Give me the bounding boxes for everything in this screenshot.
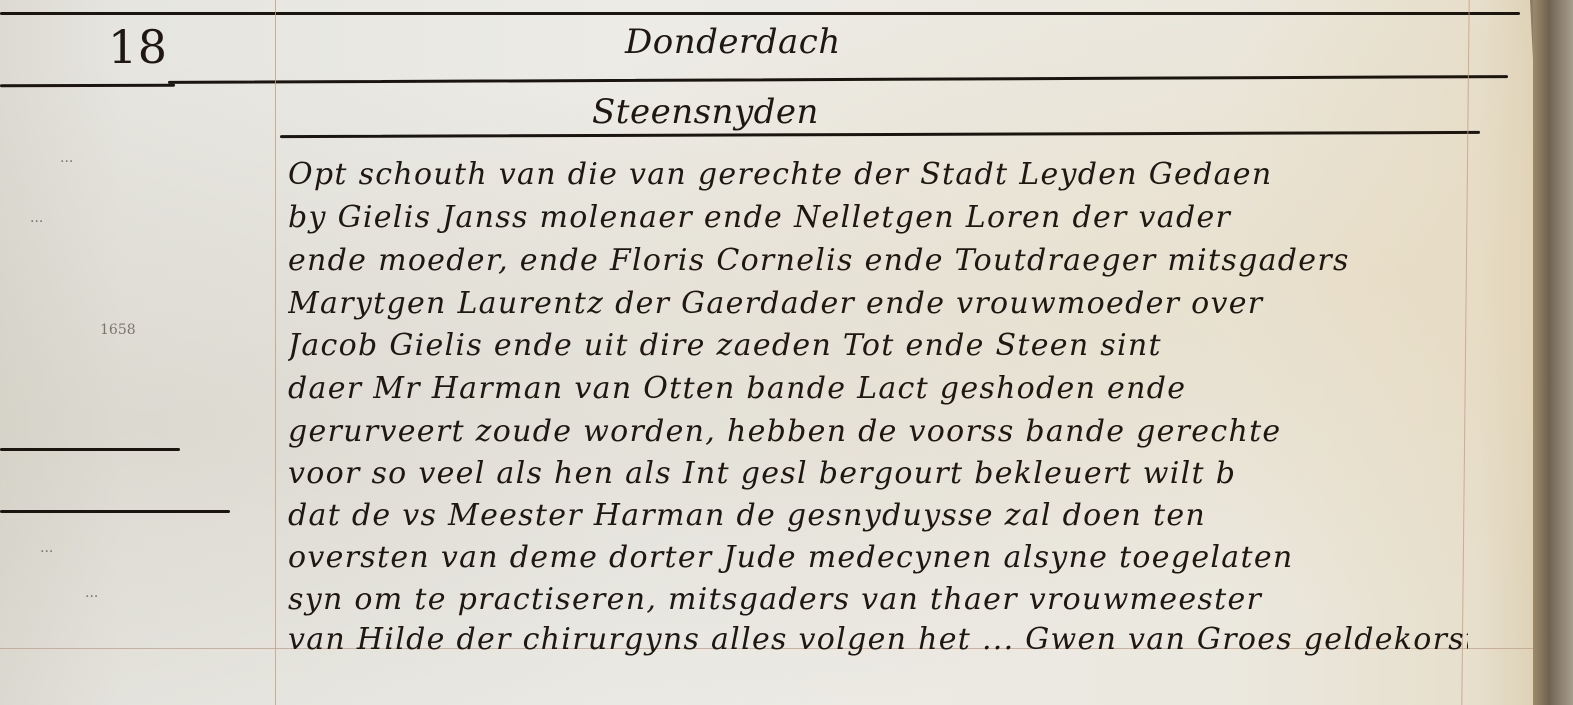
top-rule (0, 12, 1520, 15)
header-rule (168, 75, 1508, 84)
body-line-5: Jacob Gielis ende uit dire zaeden Tot en… (288, 328, 1468, 363)
margin-annotation: ... (40, 540, 53, 556)
header-left-rule (0, 84, 175, 88)
margin-guide-left (275, 0, 276, 705)
margin-annotation: 1658 (100, 322, 136, 338)
margin-annotation: ... (85, 585, 98, 601)
date-number: 18 (108, 20, 168, 74)
body-line-9: dat de vs Meester Harman de gesnyduysse … (288, 498, 1468, 533)
body-line-12: van Hilde der chirurgyns alles volgen he… (288, 622, 1468, 657)
manuscript-page: 18 Donderdach Steensnyden Opt schouth va… (0, 0, 1540, 705)
body-line-11: syn om te practiseren, mitsgaders van th… (288, 582, 1468, 617)
body-line-7: gerurveert zoude worden, hebben de voors… (288, 414, 1468, 449)
section-heading: Steensnyden (592, 92, 819, 132)
body-line-3: ende moeder, ende Floris Cornelis ende T… (288, 243, 1468, 278)
body-line-4: Marytgen Laurentz der Gaerdader ende vro… (288, 286, 1468, 321)
body-line-8: voor so veel als hen als Int gesl bergou… (288, 456, 1468, 491)
body-line-10: oversten van deme dorter Jude medecynen … (288, 540, 1468, 575)
body-line-6: daer Mr Harman van Otten bande Lact gesh… (288, 371, 1468, 406)
margin-annotation: ... (60, 150, 73, 166)
weekday-label: Donderdach (625, 22, 841, 62)
margin-rule-2 (0, 510, 230, 513)
margin-annotation: ... (30, 210, 43, 226)
margin-rule-1 (0, 448, 180, 451)
heading-rule (280, 131, 1480, 138)
body-line-1: Opt schouth van die van gerechte der Sta… (288, 157, 1468, 192)
body-line-2: by Gielis Janss molenaer ende Nelletgen … (288, 200, 1468, 235)
book-binding-edge (1533, 0, 1573, 705)
